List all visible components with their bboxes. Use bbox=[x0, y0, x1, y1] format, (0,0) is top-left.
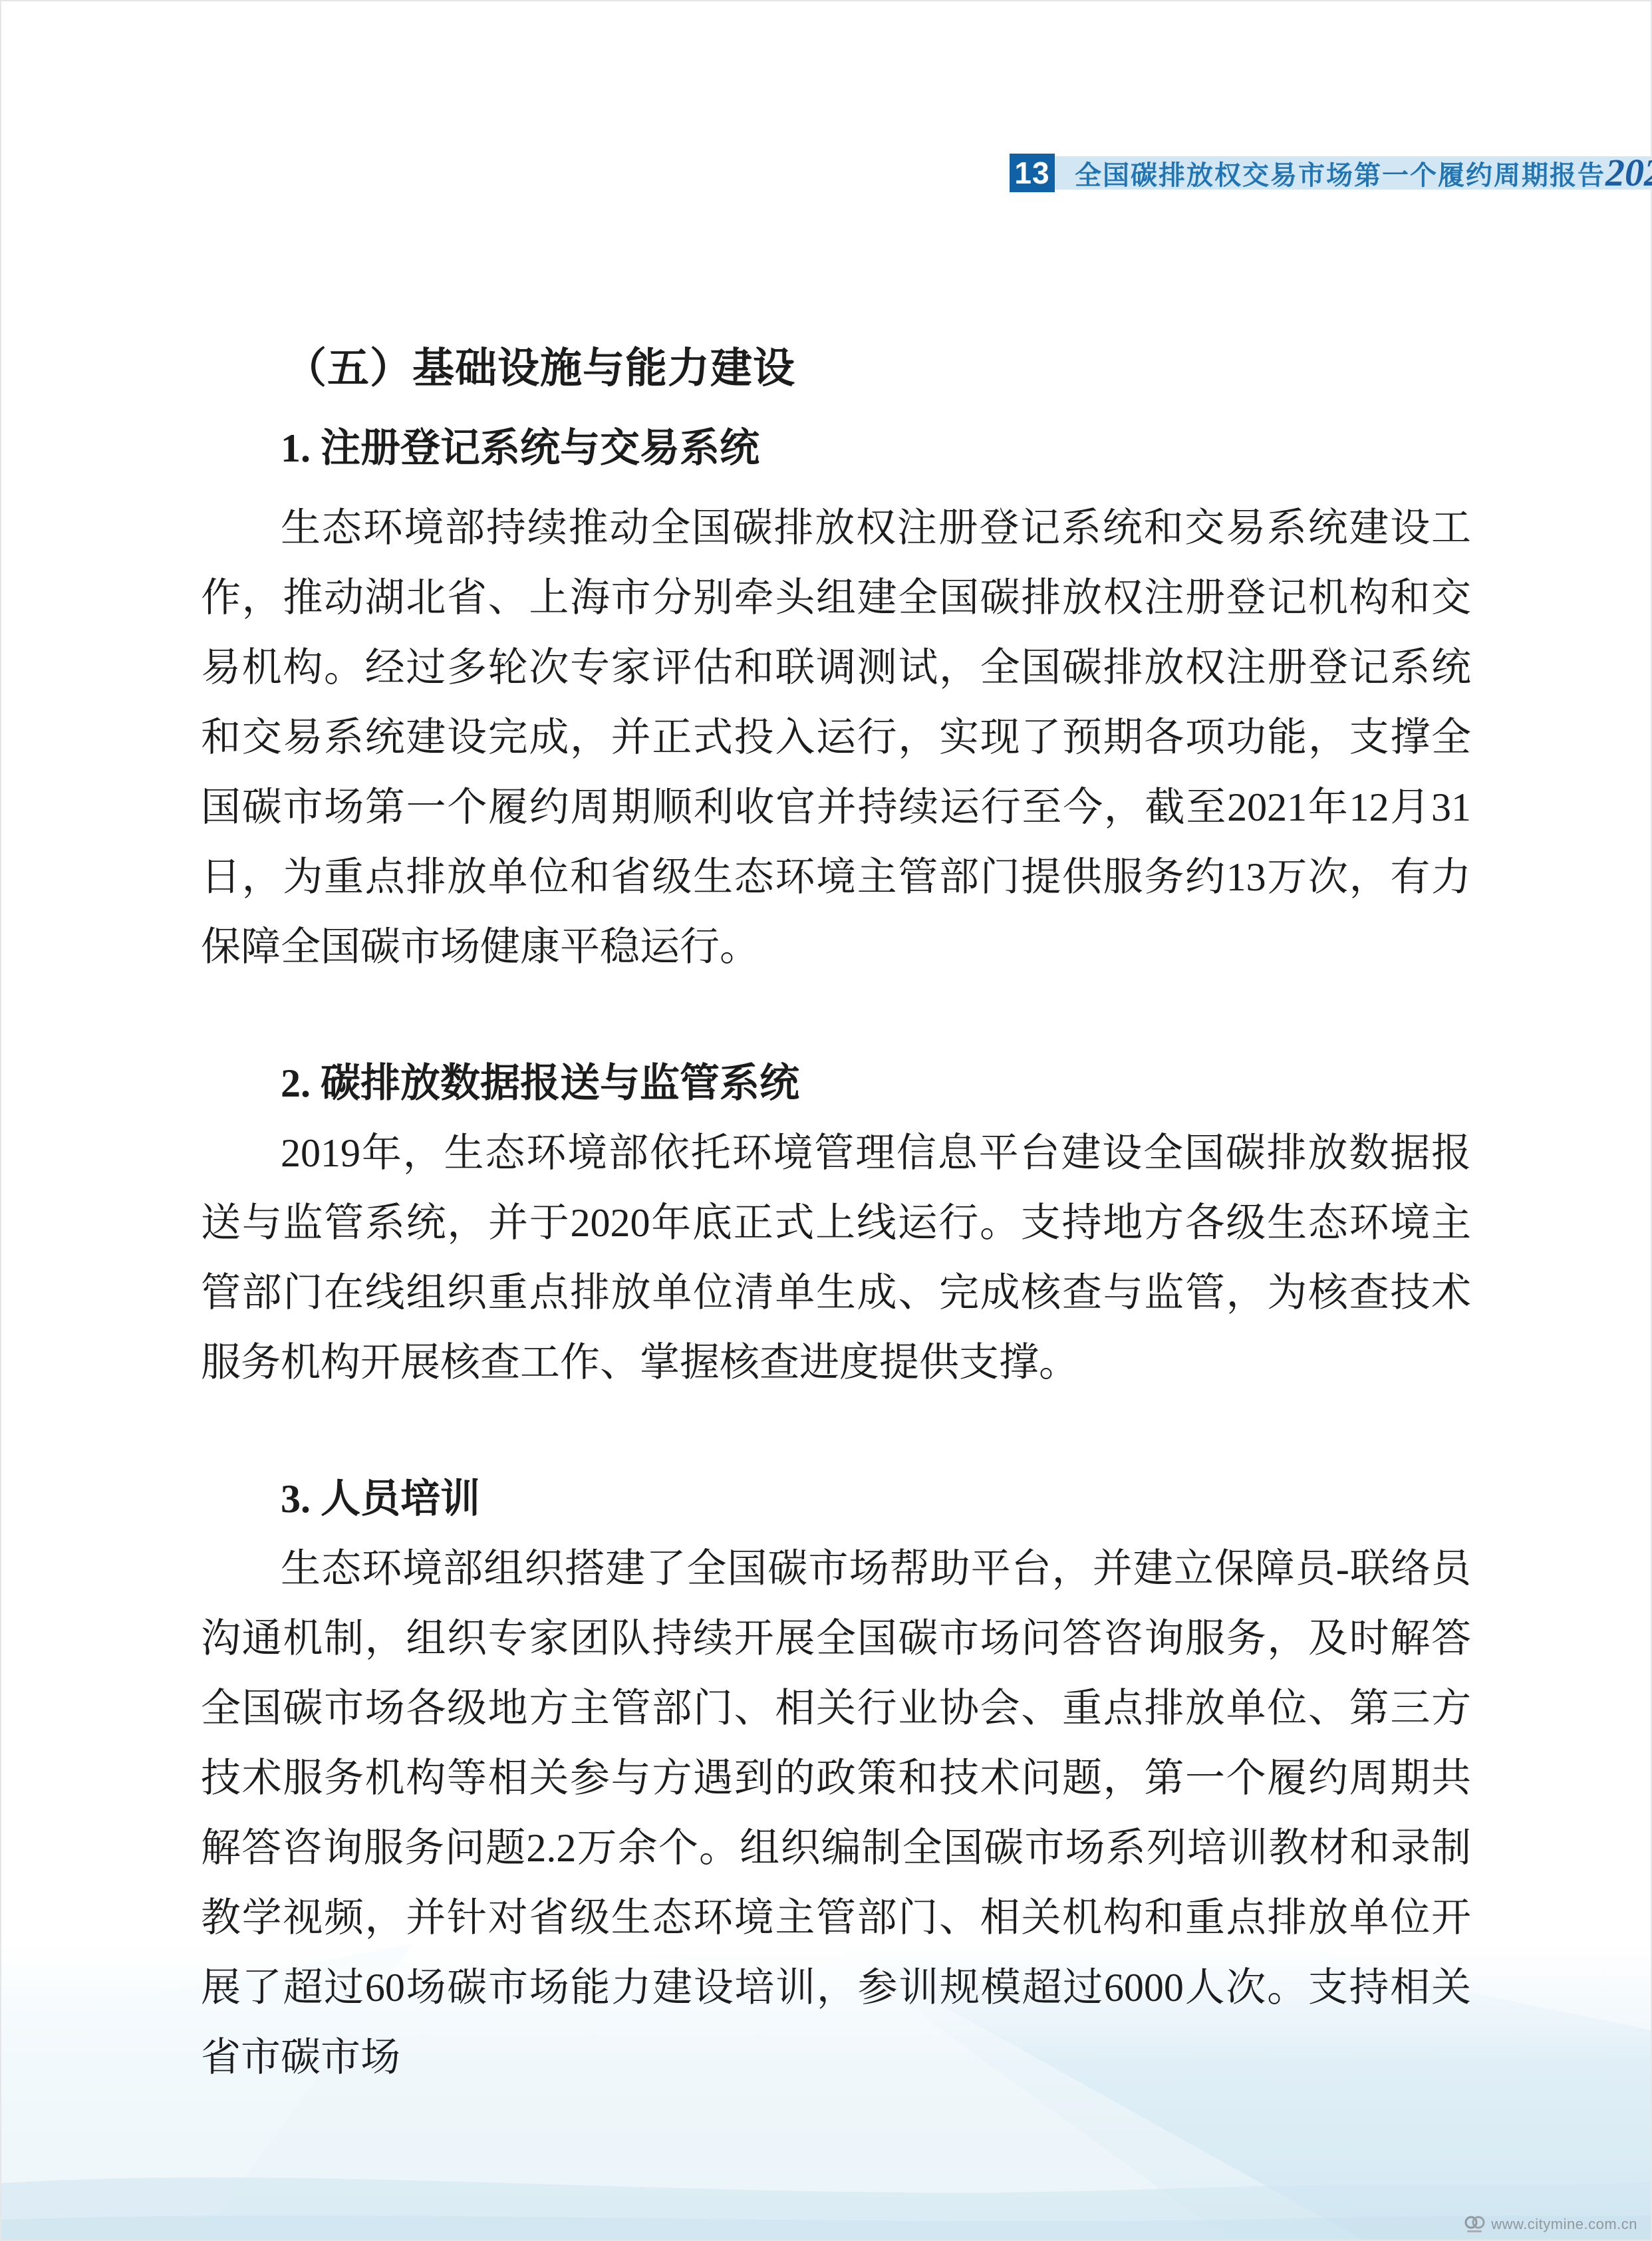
paragraph: 生态环境部持续推动全国碳排放权注册登记系统和交易系统建设工作，推动湖北省、上海市… bbox=[201, 493, 1471, 982]
report-year: 2022 bbox=[1605, 156, 1652, 190]
page-content: （五）基础设施与能力建设 1. 注册登记系统与交易系统 生态环境部持续推动全国碳… bbox=[201, 334, 1471, 2093]
report-page: 13 全国碳排放权交易市场第一个履约周期报告 2022 （五）基础设施与能力建设… bbox=[0, 0, 1652, 2241]
watermark-url: www.citymine.com.cn bbox=[1491, 2216, 1637, 2233]
paragraph: 生态环境部组织搭建了全国碳市场帮助平台，并建立保障员-联络员沟通机制，组织专家团… bbox=[201, 1534, 1471, 2093]
page-number: 13 bbox=[1014, 155, 1049, 191]
watermark: www.citymine.com.cn bbox=[1463, 2214, 1637, 2234]
section-heading: （五）基础设施与能力建设 bbox=[201, 334, 1471, 404]
paragraph: 2019年，生态环境部依托环境管理信息平台建设全国碳排放数据报送与监管系统，并于… bbox=[201, 1119, 1471, 1398]
subsection-heading-3: 3. 人员培训 bbox=[201, 1464, 1471, 1534]
report-title: 全国碳排放权交易市场第一个履约周期报告 bbox=[1075, 154, 1605, 192]
page-header: 13 全国碳排放权交易市场第一个履约周期报告 2022 bbox=[1010, 154, 1651, 194]
page-number-box: 13 bbox=[1010, 154, 1055, 192]
citymine-logo bbox=[1463, 2214, 1486, 2234]
header-bar: 全国碳排放权交易市场第一个履约周期报告 2022 bbox=[1055, 156, 1651, 190]
subsection-heading-2: 2. 碳排放数据报送与监管系统 bbox=[201, 1049, 1471, 1119]
subsection-heading-1: 1. 注册登记系统与交易系统 bbox=[201, 414, 1471, 483]
